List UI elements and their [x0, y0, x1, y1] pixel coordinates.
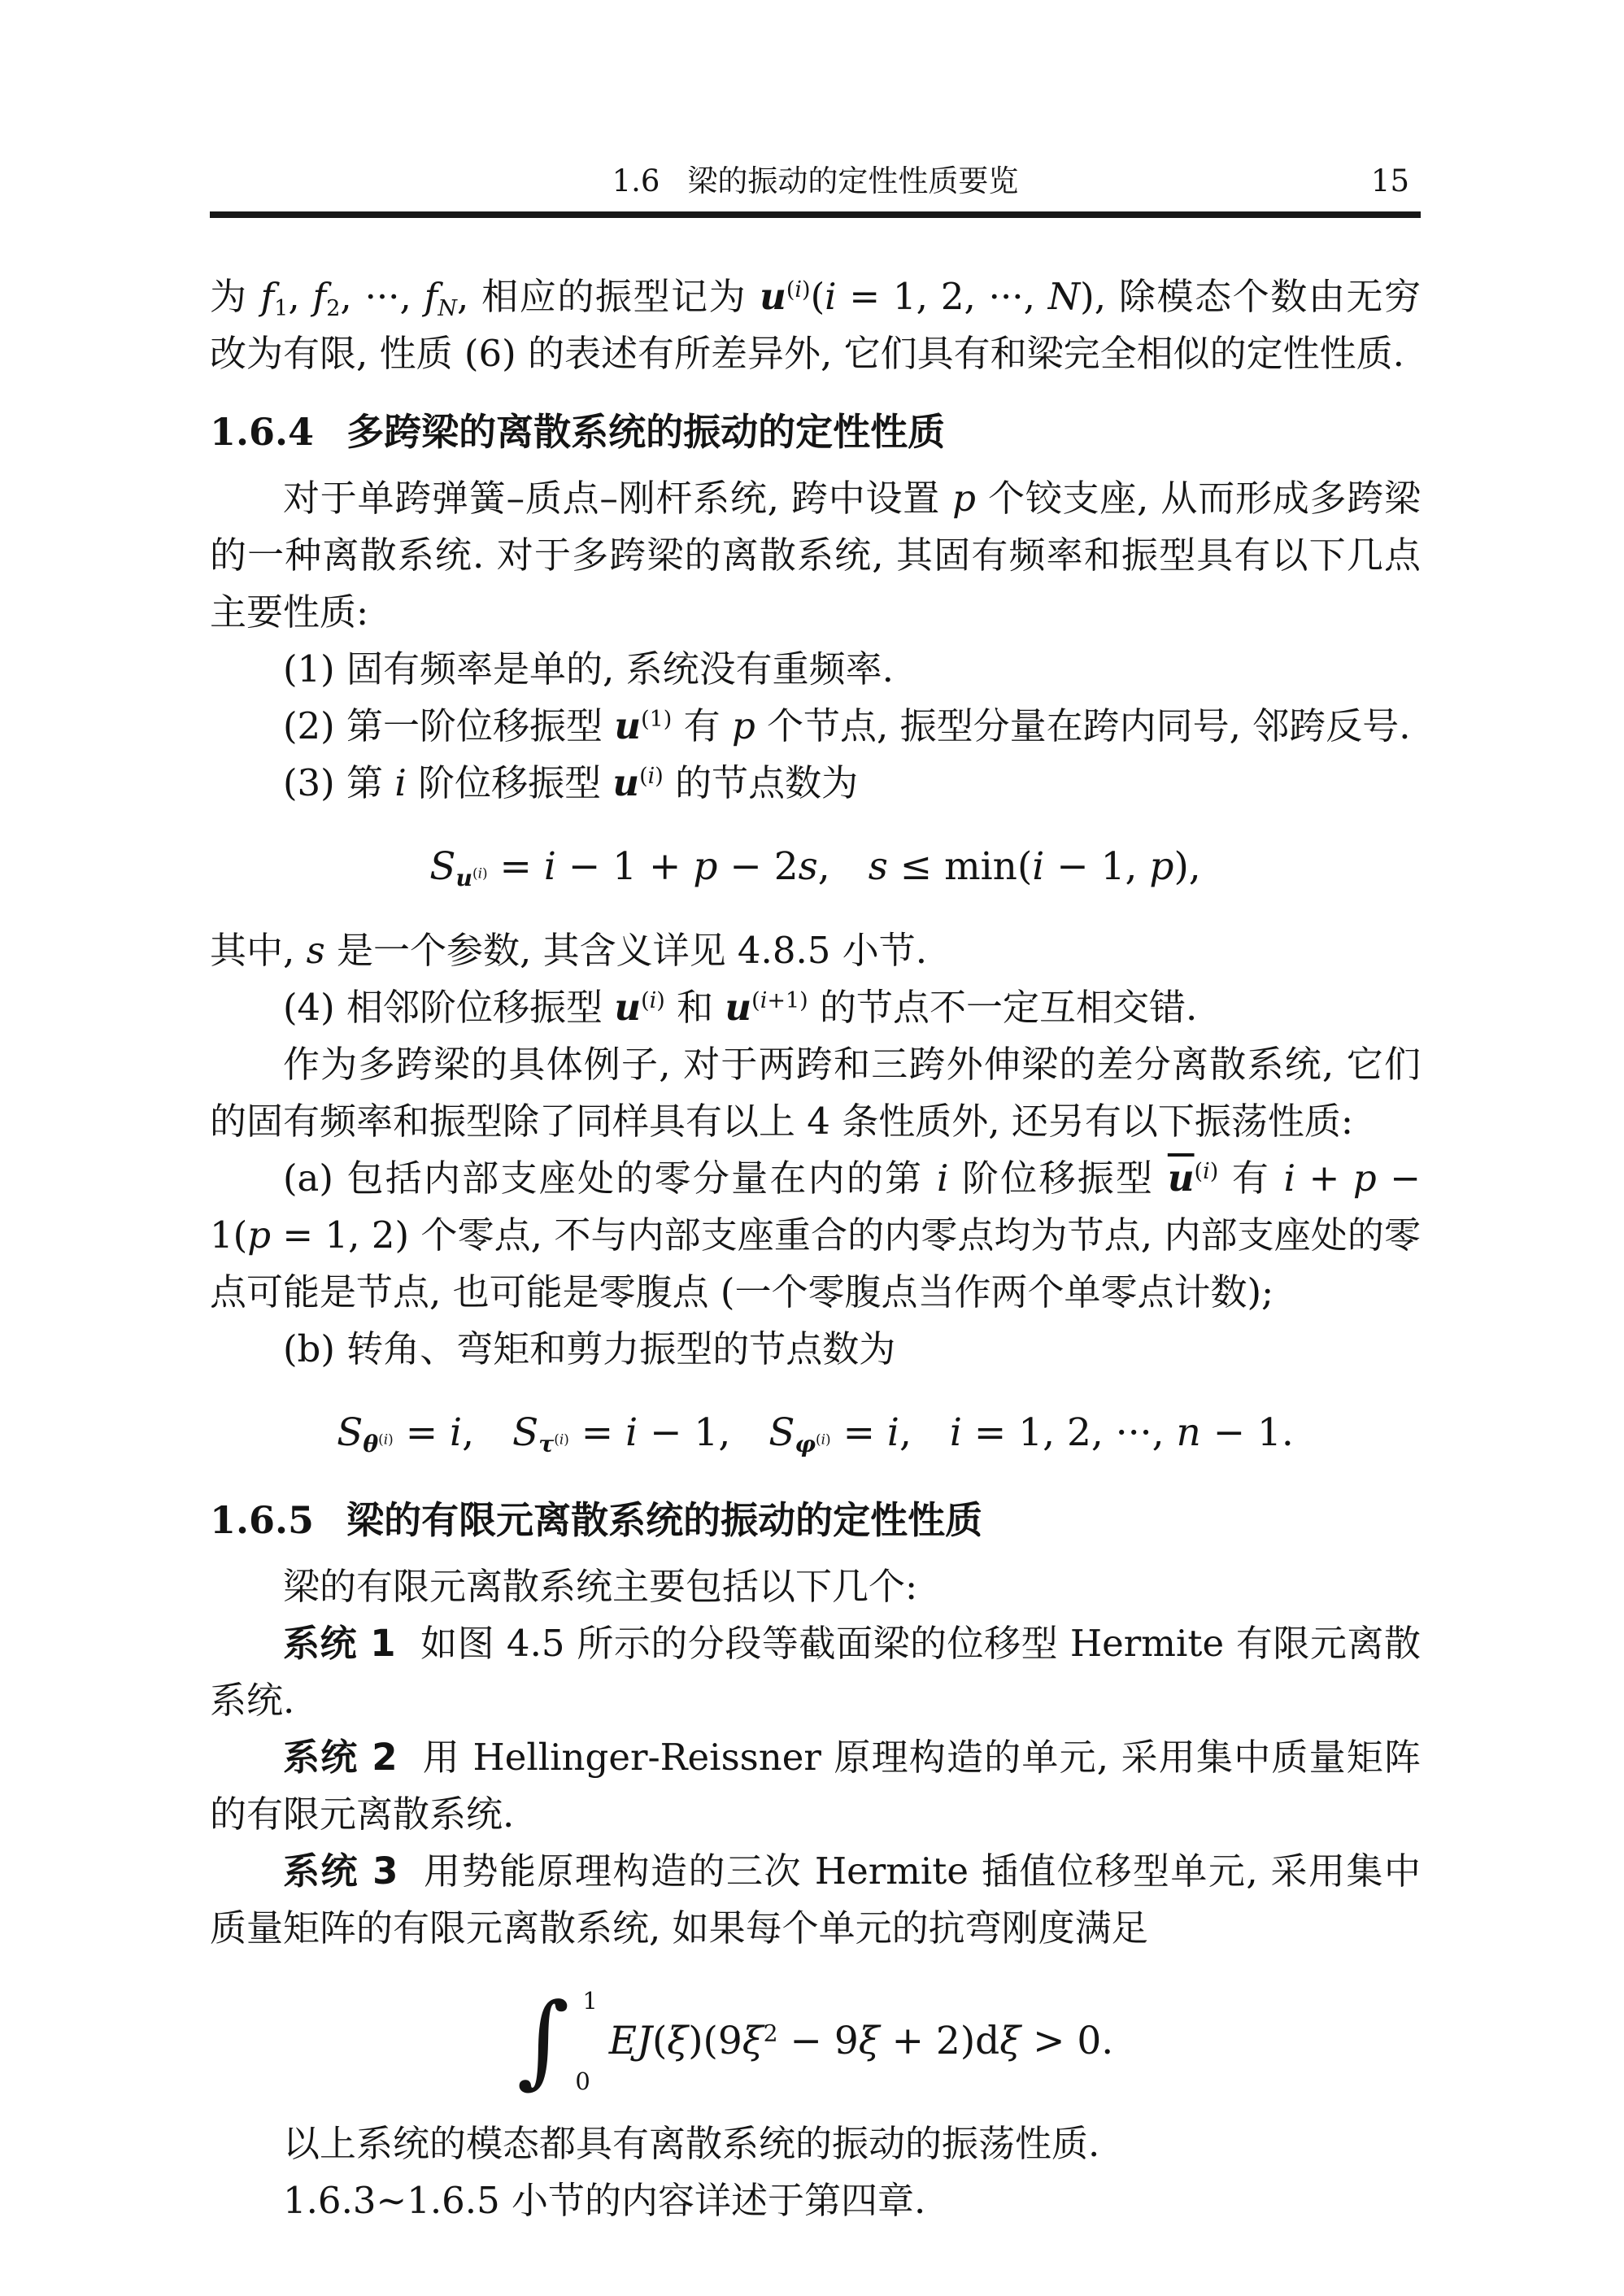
text-run: 相应的振型记为 — [468, 275, 760, 318]
math-run: u(i)(i = 1, 2, ···, N), — [760, 275, 1106, 318]
text-run: 有 — [1218, 1157, 1283, 1200]
text-run: 阶位移振型 — [948, 1157, 1167, 1200]
section-title: 多跨梁的离散系统的振动的定性性质 — [346, 410, 945, 454]
integral-lower-limit: 0 — [568, 2070, 597, 2093]
section-title: 梁的有限元离散系统的振动的定性性质 — [346, 1498, 982, 1542]
running-head-section-number: 1.6 — [612, 163, 660, 198]
math-run: u(i+1) — [725, 986, 808, 1029]
text-run: 对于单跨弹簧–质点–刚杆系统, 跨中设置 — [283, 477, 952, 520]
text-run: (3) 第 — [283, 761, 394, 804]
text-run: 阶位移振型 — [407, 761, 613, 804]
math-run: EJ(ξ)(9ξ2 − 9ξ + 2)dξ > 0. — [609, 1980, 1113, 2102]
running-head-title: 1.6梁的振动的定性性质要览 — [612, 161, 1019, 202]
display-formula-stiffness-integral: ∫ 1 0 EJ(ξ)(9ξ2 − 9ξ + 2)dξ > 0. — [210, 1978, 1421, 2102]
text-run: 其中, — [210, 929, 307, 972]
text-run: (b) 转角、弯矩和剪力振型的节点数为 — [283, 1327, 895, 1370]
paragraph-system-2: 系统 2用 Hellinger-Reissner 原理构造的单元, 采用集中质量… — [210, 1729, 1421, 1843]
section-heading-1-6-5: 1.6.5梁的有限元离散系统的振动的定性性质 — [210, 1493, 1421, 1547]
integral-expression: ∫ 1 0 EJ(ξ)(9ξ2 − 9ξ + 2)dξ > 0. — [517, 1980, 1114, 2102]
math-run: p — [732, 704, 755, 747]
text-run: 是一个参数, 其含义详见 4.8.5 小节. — [325, 929, 927, 972]
paragraph-fem-intro: 梁的有限元离散系统主要包括以下几个: — [210, 1558, 1421, 1615]
paragraph-example-intro: 作为多跨梁的具体例子, 对于两跨和三跨外伸梁的差分离散系统, 它们的固有频率和振… — [210, 1036, 1421, 1150]
math-run: Sθ(i) = i, Sτ(i) = i − 1, Sφ(i) = i, i =… — [337, 1410, 1294, 1455]
math-run: u(i) — [1168, 1157, 1218, 1200]
math-run: i — [937, 1157, 948, 1200]
paragraph-intro: 为 f1, f2, ···, fN, 相应的振型记为 u(i)(i = 1, 2… — [210, 268, 1421, 382]
section-number: 1.6.5 — [210, 1498, 314, 1542]
content-area: 1.6梁的振动的定性性质要览 15 为 f1, f2, ···, fN, 相应的… — [210, 0, 1421, 2229]
running-head: 1.6梁的振动的定性性质要览 15 — [210, 161, 1421, 202]
paragraph-system-1: 系统 1如图 4.5 所示的分段等截面梁的位移型 Hermite 有限元离散系统… — [210, 1615, 1421, 1729]
header-rule — [210, 211, 1421, 218]
list-item-1: (1) 固有频率是单的, 系统没有重频率. — [210, 641, 1421, 698]
list-item-4: (4) 相邻阶位移振型 u(i) 和 u(i+1) 的节点不一定互相交错. — [210, 979, 1421, 1036]
display-formula-mode-nodes: Sθ(i) = i, Sτ(i) = i − 1, Sφ(i) = i, i =… — [210, 1396, 1421, 1470]
text-run: (a) 包括内部支座处的零分量在内的第 — [283, 1157, 937, 1200]
section-heading-1-6-4: 1.6.4多跨梁的离散系统的振动的定性性质 — [210, 405, 1421, 459]
text-run: 个节点, 振型分量在跨内同号, 邻跨反号. — [755, 704, 1411, 747]
paragraph-chapter-reference: 1.6.3∼1.6.5 小节的内容详述于第四章. — [210, 2172, 1421, 2229]
list-item-3: (3) 第 i 阶位移振型 u(i) 的节点数为 — [210, 755, 1421, 812]
text-run: (2) 第一阶位移振型 — [283, 704, 614, 747]
integral-sign: ∫ — [517, 1993, 570, 2089]
text-run: 和 — [665, 986, 725, 1029]
math-run: u(1) — [614, 704, 672, 747]
book-page: 1.6梁的振动的定性性质要览 15 为 f1, f2, ···, fN, 相应的… — [0, 0, 1624, 2296]
math-run: f1, f2, ···, fN, — [260, 275, 468, 318]
text-run: 作为多跨梁的具体例子, 对于两跨和三跨外伸梁的差分离散系统, 它们的固有频率和振… — [210, 1043, 1421, 1143]
paragraph-multispan-intro: 对于单跨弹簧–质点–刚杆系统, 跨中设置 p 个铰支座, 从而形成多跨梁的一种离… — [210, 470, 1421, 641]
text-run: 的节点数为 — [664, 761, 858, 804]
math-run: p — [952, 477, 976, 520]
section-number: 1.6.4 — [210, 410, 314, 454]
system-3-label: 系统 3 — [283, 1849, 398, 1893]
list-item-a: (a) 包括内部支座处的零分量在内的第 i 阶位移振型 u(i) 有 i + p… — [210, 1150, 1421, 1321]
text-run: 为 — [210, 275, 260, 318]
math-run: u(i) — [612, 761, 663, 804]
math-run: u(i) — [614, 986, 664, 1029]
paragraph-conclusion: 以上系统的模态都具有离散系统的振动的振荡性质. — [210, 2115, 1421, 2172]
system-2-label: 系统 2 — [283, 1736, 398, 1779]
system-1-label: 系统 1 — [283, 1622, 396, 1665]
text-run: (4) 相邻阶位移振型 — [283, 986, 614, 1029]
math-run: s — [307, 929, 325, 972]
text-run: (1) 固有频率是单的, 系统没有重频率. — [283, 647, 894, 691]
paragraph-parameter-note: 其中, s 是一个参数, 其含义详见 4.8.5 小节. — [210, 922, 1421, 979]
math-run: i — [394, 761, 406, 804]
text-run: 有 — [672, 704, 732, 747]
running-head-section-title: 梁的振动的定性性质要览 — [687, 163, 1018, 198]
text-run: 1.6.3∼1.6.5 小节的内容详述于第四章. — [283, 2179, 925, 2222]
page-number: 15 — [1371, 161, 1409, 202]
text-run: 以上系统的模态都具有离散系统的振动的振荡性质. — [283, 2122, 1099, 2165]
display-formula-node-count: Su(i) = i − 1 + p − 2s, s ≤ min(i − 1, p… — [210, 830, 1421, 904]
integral-limits: 1 0 — [571, 1989, 597, 2093]
text-run: 的节点不一定互相交错. — [808, 986, 1198, 1029]
text-run: 梁的有限元离散系统主要包括以下几个: — [283, 1565, 917, 1608]
list-item-2: (2) 第一阶位移振型 u(1) 有 p 个节点, 振型分量在跨内同号, 邻跨反… — [210, 698, 1421, 755]
list-item-b: (b) 转角、弯矩和剪力振型的节点数为 — [210, 1321, 1421, 1378]
math-run: Su(i) = i − 1 + p − 2s, s ≤ min(i − 1, p… — [429, 844, 1201, 889]
integral-upper-limit: 1 — [582, 1989, 597, 2013]
paragraph-system-3: 系统 3用势能原理构造的三次 Hermite 插值位移型单元, 采用集中质量矩阵… — [210, 1843, 1421, 1957]
